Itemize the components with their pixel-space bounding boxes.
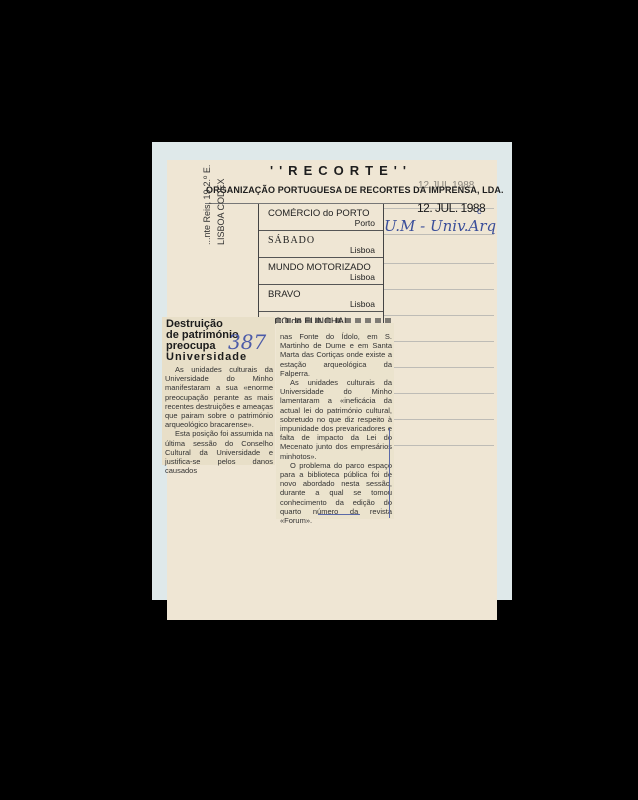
publication-city: Porto [355, 218, 375, 228]
publication-row: BRAVO Lisboa [259, 285, 383, 312]
publication-city: Lisboa [350, 272, 375, 282]
publication-row: MUNDO MOTORIZADO Lisboa [259, 258, 383, 285]
blank-lines [384, 208, 494, 471]
publication-row: COMÉRCIO do PORTO Porto [259, 204, 383, 231]
address-line-2: LISBOA CODEX [214, 145, 228, 245]
article-body-right: nas Fonte do Ídolo, em S. Martinho de Du… [280, 332, 392, 525]
paragraph: As unidades culturais da Universidade do… [165, 365, 273, 429]
handwritten-number: 387 [228, 330, 266, 354]
faded-date-stamp: 12 JUL 1988 [418, 180, 474, 191]
publication-city: Lisboa [350, 299, 375, 309]
publication-name: BRAVO [268, 289, 301, 300]
article-end-rule [318, 514, 360, 515]
handwritten-note: U.M - Univ.Arq [384, 217, 496, 235]
publication-name: SÁBADO [268, 235, 315, 246]
paragraph: nas Fonte do Ídolo, em S. Martinho de Du… [280, 332, 392, 378]
publication-city: Lisboa [350, 245, 375, 255]
publication-row: SÁBADO Lisboa [259, 231, 383, 258]
paragraph: O problema do parco espaço para a biblio… [280, 461, 392, 525]
pen-margin-line [389, 428, 390, 518]
date-stamp: 12. JUL. 1988 [417, 201, 485, 215]
handwritten-mark: c [477, 206, 482, 216]
clipping-right-column: nas Fonte do Ídolo, em S. Martinho de Du… [276, 323, 394, 519]
article-body-left: As unidades culturais da Universidade do… [165, 365, 273, 475]
paragraph: As unidades culturais da Universidade do… [280, 378, 392, 461]
slip-title: ''RECORTE'' [270, 163, 412, 178]
address-line-1: ...nte Reis, 19-2.º E. [200, 145, 214, 245]
address-vertical: ...nte Reis, 19-2.º E. LISBOA CODEX [200, 145, 260, 245]
publication-table: COMÉRCIO do PORTO Porto SÁBADO Lisboa MU… [258, 204, 384, 326]
paragraph: Esta posição foi assumida na última sess… [165, 429, 273, 475]
